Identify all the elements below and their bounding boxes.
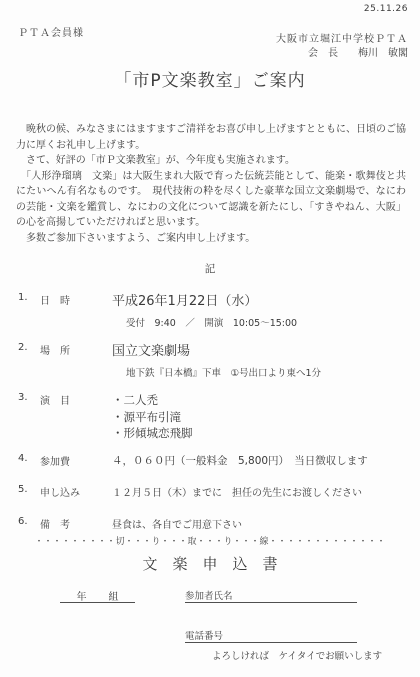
item-value-notes: 昼食は、各自でご用意下さい	[112, 516, 410, 531]
participant-name-field: 参加者氏名	[185, 588, 357, 603]
item-number: 4.	[18, 453, 40, 464]
program-list: ・二人禿 ・源平布引滝 ・形傾城恋飛脚	[112, 392, 410, 442]
phone-number-field: 電話番号	[185, 628, 357, 643]
document-title: 「市P文楽教室」ご案内	[0, 66, 420, 91]
detail-items: 1. 日 時 平成26年1月22日（水） 受付 9:40 ／ 開演 10:05～…	[18, 292, 410, 531]
year-label: 年	[77, 588, 87, 602]
item-row-application: 5. 申し込み １２月５日（木）までに 担任の先生にお渡しください	[18, 484, 410, 499]
item-number: 2.	[18, 342, 40, 353]
item-row-datetime: 1. 日 時 平成26年1月22日（水）	[18, 292, 410, 309]
body-paragraph: 多数ご参加下さいますよう、ご案内申し上げます。	[16, 231, 406, 247]
recipient-line: ＰＴＡ会員様	[18, 24, 84, 39]
item-subnote-access: 地下鉄『日本橋』下車 ①号出口より東へ1分	[126, 365, 410, 379]
cutoff-line: ・・・・・・・・・切・・・り・・・取・・・り・・・線・・・・・・・・・・・・・	[0, 534, 420, 547]
body-text: 晩秋の候、みなさまにはますますご清祥をお喜び申し上げますとともに、日頃のご協力に…	[16, 122, 406, 246]
item-row-program: 3. 演 目 ・二人禿 ・源平布引滝 ・形傾城恋飛脚	[18, 392, 410, 442]
program-bullet: ・形傾城恋飛脚	[112, 425, 410, 442]
body-paragraph: 晩秋の候、みなさまにはますますご清祥をお喜び申し上げますとともに、日頃のご協力に…	[16, 122, 406, 153]
class-label: 組	[109, 588, 119, 602]
document-date: 25.11.26	[364, 4, 408, 14]
item-value-datetime: 平成26年1月22日（水）	[112, 290, 410, 309]
sender-block: 大阪市立堀江中学校ＰＴＡ 会 長 梅川 敏閣	[276, 33, 408, 61]
item-row-notes: 6. 備 考 昼食は、各自でご用意下さい	[18, 516, 410, 531]
item-row-fee: 4. 参加費 ４，０６０円（一般料金 5,800円） 当日徴収します	[18, 453, 410, 468]
item-row-venue: 2. 場 所 国立文楽劇場	[18, 342, 410, 359]
phone-number-label: 電話番号	[185, 631, 223, 642]
record-marker: 記	[0, 261, 420, 276]
item-number: 3.	[18, 392, 40, 403]
item-label: 日 時	[40, 292, 112, 307]
application-form-title: 文 楽 申 込 書	[0, 553, 420, 574]
program-bullet: ・源平布引滝	[112, 409, 410, 426]
item-number: 1.	[18, 292, 40, 303]
item-subnote-reception: 受付 9:40 ／ 開演 10:05～15:00	[126, 315, 410, 329]
item-label: 申し込み	[40, 484, 112, 499]
item-label: 備 考	[40, 516, 112, 531]
document-page: 25.11.26 ＰＴＡ会員様 大阪市立堀江中学校ＰＴＡ 会 長 梅川 敏閣 「…	[0, 0, 420, 677]
item-value-venue: 国立文楽劇場	[112, 340, 410, 359]
body-paragraph: さて、好評の「市Ｐ文楽教室」が、今年度も実施されます。	[16, 153, 406, 169]
item-label: 参加費	[40, 453, 112, 468]
body-paragraph: 「人形浄瑠璃 文楽」は大阪生まれ大阪で育った伝統芸能として、能楽・歌舞伎と共にた…	[16, 169, 406, 231]
participant-name-label: 参加者氏名	[185, 591, 233, 602]
sender-president: 会 長 梅川 敏閣	[276, 47, 408, 61]
item-label: 場 所	[40, 342, 112, 357]
grade-class-field: 年 組	[60, 588, 135, 603]
phone-note: よろしければ ケイタイでお願いします	[212, 648, 382, 662]
item-number: 5.	[18, 484, 40, 495]
item-value-fee: ４，０６０円（一般料金 5,800円） 当日徴収します	[112, 453, 410, 468]
item-value-application: １２月５日（木）までに 担任の先生にお渡しください	[112, 484, 410, 499]
sender-organization: 大阪市立堀江中学校ＰＴＡ	[276, 33, 408, 47]
program-bullet: ・二人禿	[112, 392, 410, 409]
item-label: 演 目	[40, 392, 112, 407]
item-number: 6.	[18, 516, 40, 527]
